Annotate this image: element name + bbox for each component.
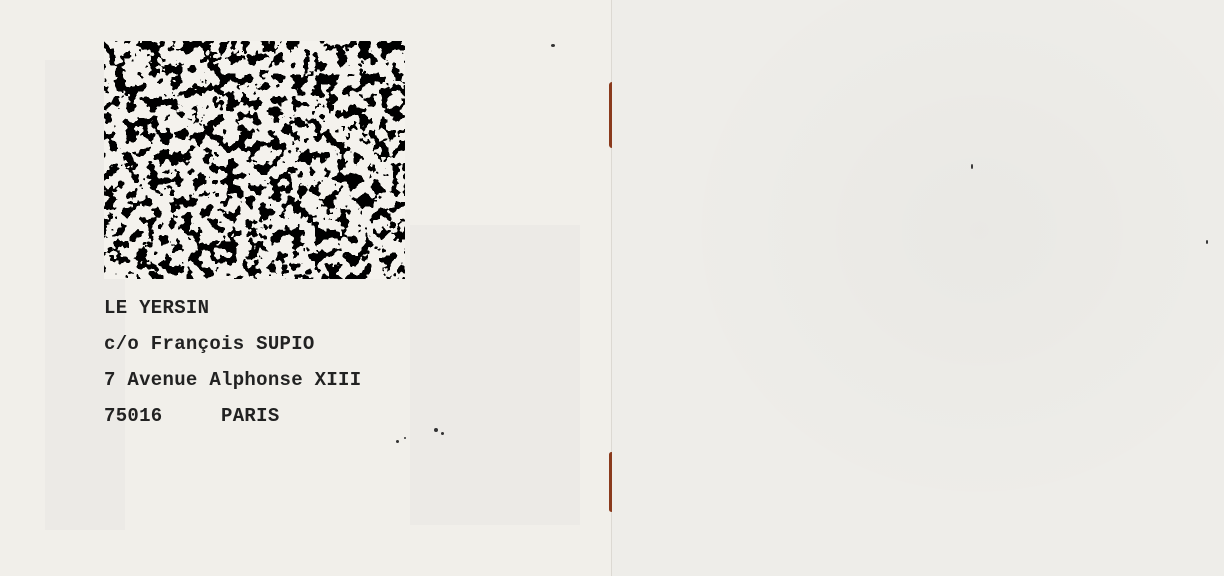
address-care-of: c/o François SUPIO [104, 326, 361, 362]
address-block: LE YERSIN c/o François SUPIO 7 Avenue Al… [104, 290, 361, 434]
left-page: LE YERSIN c/o François SUPIO 7 Avenue Al… [0, 0, 612, 576]
ink-speck [396, 440, 399, 443]
ink-speck [551, 44, 555, 47]
halftone-image [104, 41, 405, 279]
ink-speck [434, 428, 438, 432]
booklet-spread: LE YERSIN c/o François SUPIO 7 Avenue Al… [0, 0, 1224, 576]
address-name: LE YERSIN [104, 290, 361, 326]
show-through-shadow [410, 225, 580, 525]
address-city: 75016 PARIS [104, 398, 361, 434]
ink-speck [441, 432, 444, 435]
ink-speck [404, 437, 406, 439]
address-street: 7 Avenue Alphonse XIII [104, 362, 361, 398]
right-page [612, 0, 1224, 576]
ink-speck [1206, 240, 1208, 244]
ink-speck [971, 164, 973, 169]
halftone-pattern-icon [104, 41, 405, 279]
